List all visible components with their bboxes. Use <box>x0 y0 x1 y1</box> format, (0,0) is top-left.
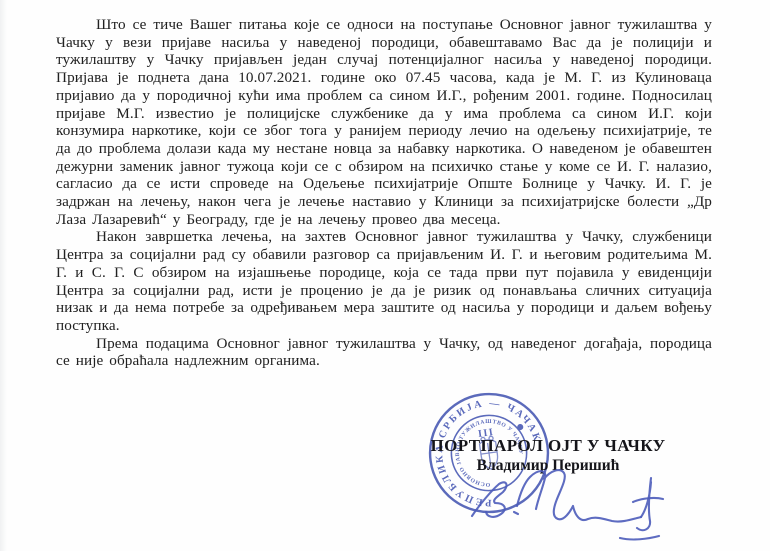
scanned-document-page: Што се тиче Вашег питања које се односи … <box>0 0 770 551</box>
paragraph-conclusion: Према подацима Основног јавног тужилаштв… <box>56 335 712 370</box>
signatory-block: ПОРТПАРОЛ ОЈТ У ЧАЧКУ Владимир Перишић <box>428 436 668 475</box>
signatory-name: Владимир Перишић <box>428 457 668 475</box>
scan-edge-shading <box>0 0 7 551</box>
paragraph-social-services-assessment: Након завршетка лечења, на захтев Основн… <box>56 228 712 334</box>
document-body-text: Што се тиче Вашег питања које се односи … <box>56 16 712 370</box>
signatory-title: ПОРТПАРОЛ ОЈТ У ЧАЧКУ <box>428 436 668 456</box>
paragraph-report-details: Што се тиче Вашег питања које се односи … <box>56 16 712 228</box>
